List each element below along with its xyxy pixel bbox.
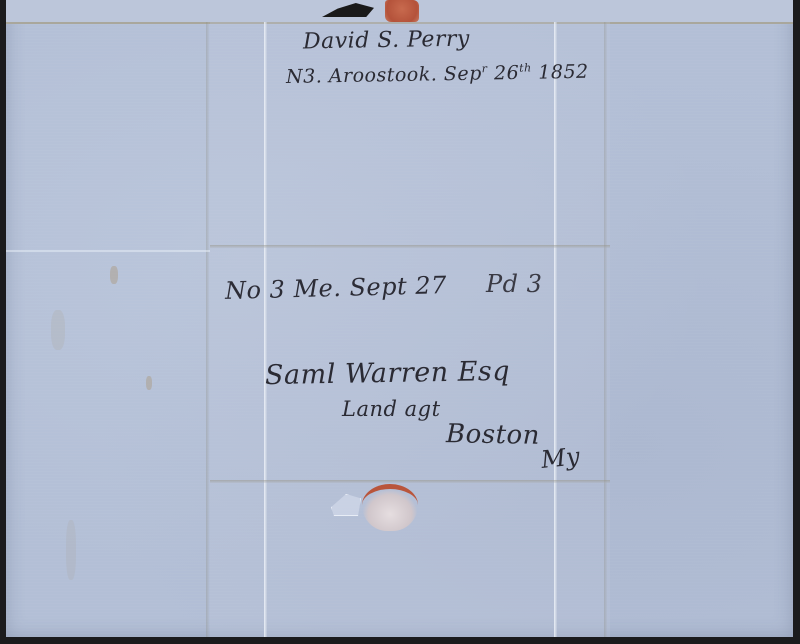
postage-rate: Pd 3	[486, 270, 542, 298]
docket-day: 26	[494, 62, 520, 84]
docket-place: N3. Aroostook. Sep	[286, 63, 482, 88]
fold-line-left	[206, 22, 209, 637]
address-city: Boston	[446, 419, 540, 451]
fold-line-right-inner	[554, 22, 557, 637]
docket-day-sup: th	[519, 61, 532, 74]
ink-stain	[146, 376, 152, 390]
address-panel	[210, 22, 610, 637]
fold-line-right	[604, 22, 607, 637]
docket-sender-name: David S. Perry	[303, 27, 470, 55]
ink-stain	[110, 266, 118, 284]
fold-crease-left	[6, 250, 210, 252]
addressee-title: Land agt	[342, 397, 441, 421]
fold-line-left-inner	[264, 22, 267, 637]
ink-stain	[66, 520, 76, 580]
fold-line-upper	[210, 245, 610, 248]
addressee-name: Saml Warren Esq	[265, 356, 511, 391]
docket-month-sup: r	[482, 62, 488, 75]
fold-line-lower	[210, 480, 610, 483]
address-state: My	[540, 442, 582, 474]
manuscript-postmark: No 3 Me. Sept 27	[225, 271, 448, 305]
letter-sheet	[6, 0, 793, 637]
ink-stain	[51, 310, 65, 350]
wax-seal-red-top	[385, 0, 419, 22]
docket-year: 1852	[538, 61, 589, 84]
wax-seal-red-bottom	[362, 484, 418, 531]
